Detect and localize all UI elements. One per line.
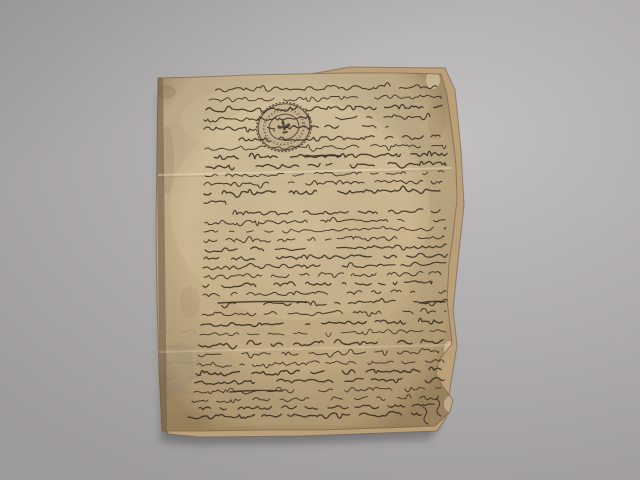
manuscript-photo xyxy=(0,0,640,480)
photograph-backdrop xyxy=(0,0,640,480)
